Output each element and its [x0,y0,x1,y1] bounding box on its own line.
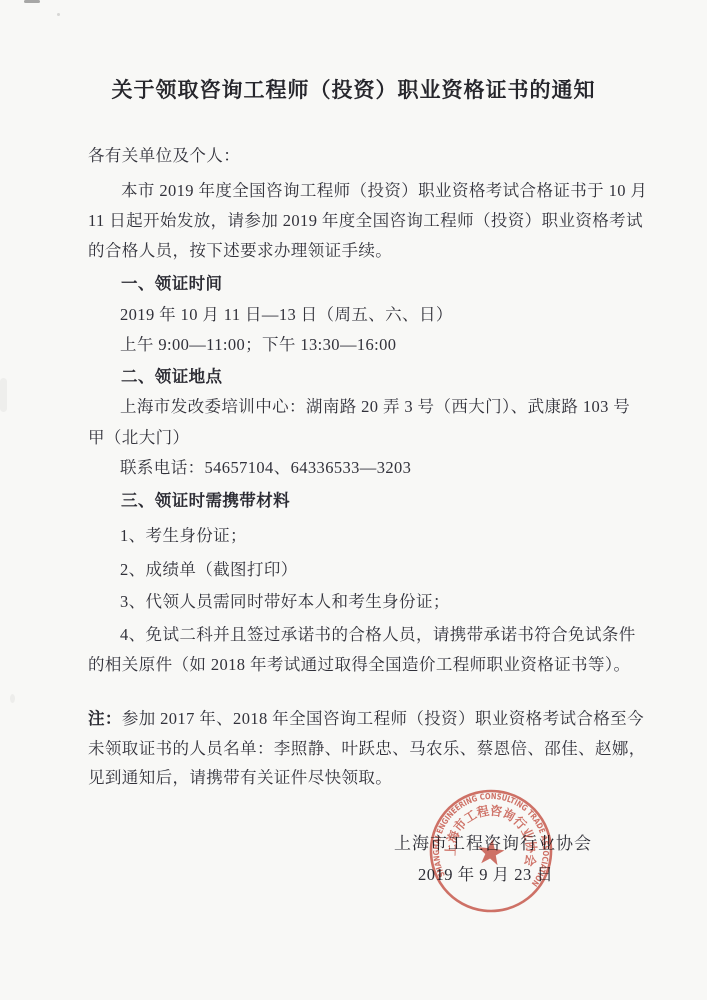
section1-heading: 一、领证时间 [121,270,222,294]
section1-line: 2019 年 10 月 11 日—13 日（周五、六、日） [120,301,453,325]
section2-line: 联系电话：54657104、64336533—3203 [120,454,411,478]
note-line: 注：参加 2017 年、2018 年全国咨询工程师（投资）职业资格考试合格至今 [88,705,644,729]
section3-line: 3、代领人员需同时带好本人和考生身份证； [120,588,450,612]
section2-heading: 二、领证地点 [121,363,222,387]
note-line: 未领取证书的人员名单：李照静、叶跃忠、马农乐、蔡恩倍、邵佳、赵娜， [88,735,646,759]
note-text: 参加 2017 年、2018 年全国咨询工程师（投资）职业资格考试合格至今 [122,709,644,728]
salutation: 各有关单位及个人： [88,142,240,166]
intro-line: 的合格人员，按下述要求办理领证手续。 [88,237,392,261]
section2-line: 上海市发改委培训中心：湖南路 20 弄 3 号（西大门）、武康路 103 号 [120,393,630,417]
intro-line: 本市 2019 年度全国咨询工程师（投资）职业资格考试合格证书于 10 月 [121,177,647,201]
section3-heading: 三、领证时需携带材料 [121,487,290,511]
issuer-signature: 上海市工程咨询行业协会 [394,829,592,854]
note-label: 注： [88,709,122,728]
section3-line: 1、考生身份证； [120,522,247,546]
scan-artifact [57,13,60,16]
section3-line: 的相关原件（如 2018 年考试通过取得全国造价工程师职业资格证书等）。 [88,651,630,675]
section1-line: 上午 9:00—11:00；下午 13:30—16:00 [120,331,396,355]
document-title: 关于领取咨询工程师（投资）职业资格证书的通知 [0,74,707,104]
document-page: 关于领取咨询工程师（投资）职业资格证书的通知 各有关单位及个人： 本市 2019… [0,0,707,1000]
scan-artifact [24,0,40,3]
section3-line: 2、成绩单（截图打印） [120,556,298,580]
section3-line: 4、免试二科并且签过承诺书的合格人员，请携带承诺书符合免试条件 [120,621,636,645]
scan-artifact [0,378,7,412]
section2-line: 甲（北大门） [88,424,189,448]
intro-line: 11 日起开始发放，请参加 2019 年度全国咨询工程师（投资）职业资格考试 [88,207,643,231]
note-line: 见到通知后，请携带有关证件尽快领取。 [88,764,392,788]
scan-artifact [10,694,15,703]
issue-date: 2019 年 9 月 23 日 [418,861,553,885]
